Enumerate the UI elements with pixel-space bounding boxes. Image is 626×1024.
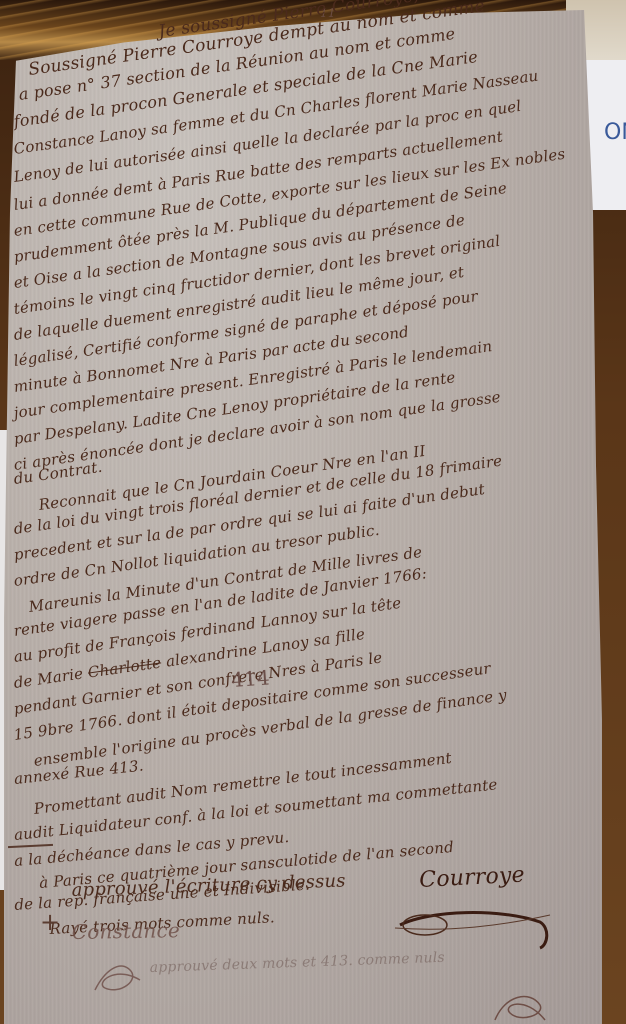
signature-flourish — [390, 870, 560, 950]
annotation-number: 414 — [230, 665, 270, 692]
witness-name: Constance — [72, 918, 181, 944]
photo-scene: ON 11 Je soussigné Pierre Courroye, demt… — [0, 0, 626, 1024]
paraph-bottom — [490, 985, 550, 1024]
cross-mark: + — [40, 908, 60, 936]
paraph-left — [90, 950, 150, 1000]
